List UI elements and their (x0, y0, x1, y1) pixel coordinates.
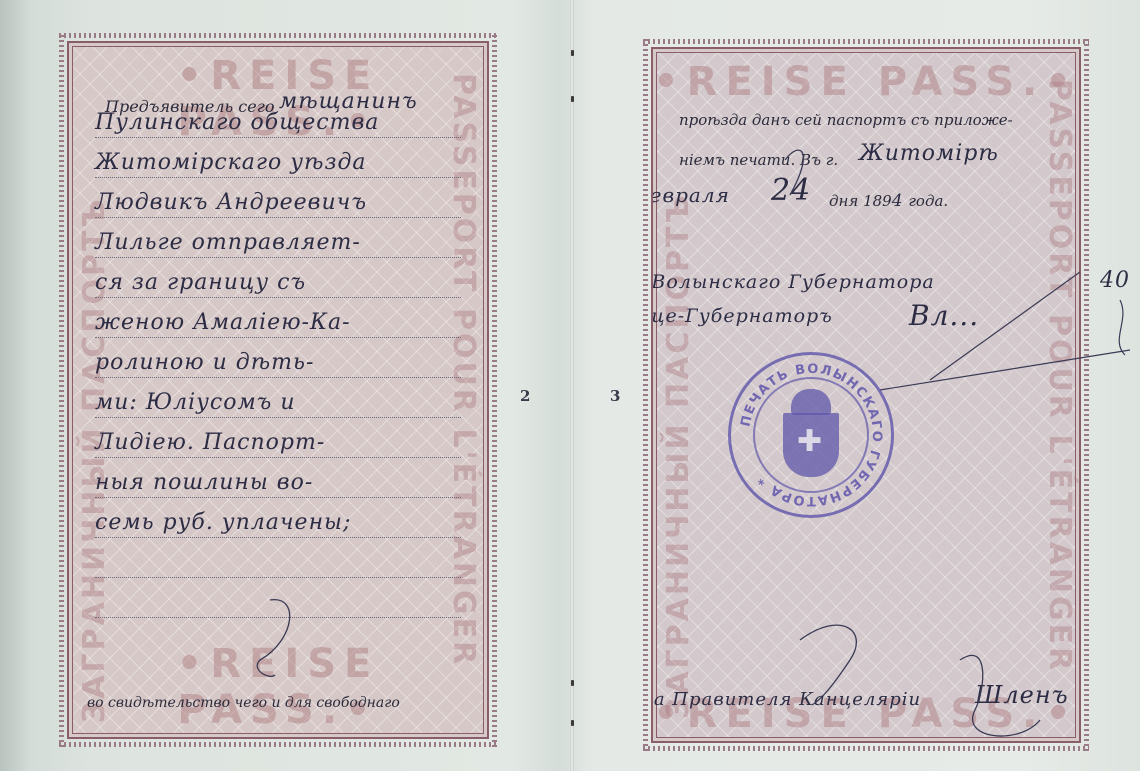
governor-seal-stamp: ПЕЧАТЬ ВОЛЫНСКАГО ГУБЕРНАТОРА * ✚ (728, 352, 894, 518)
cross-icon: ✚ (797, 427, 822, 457)
ink-flourishes (0, 0, 1140, 771)
crown-emblem (791, 389, 831, 415)
